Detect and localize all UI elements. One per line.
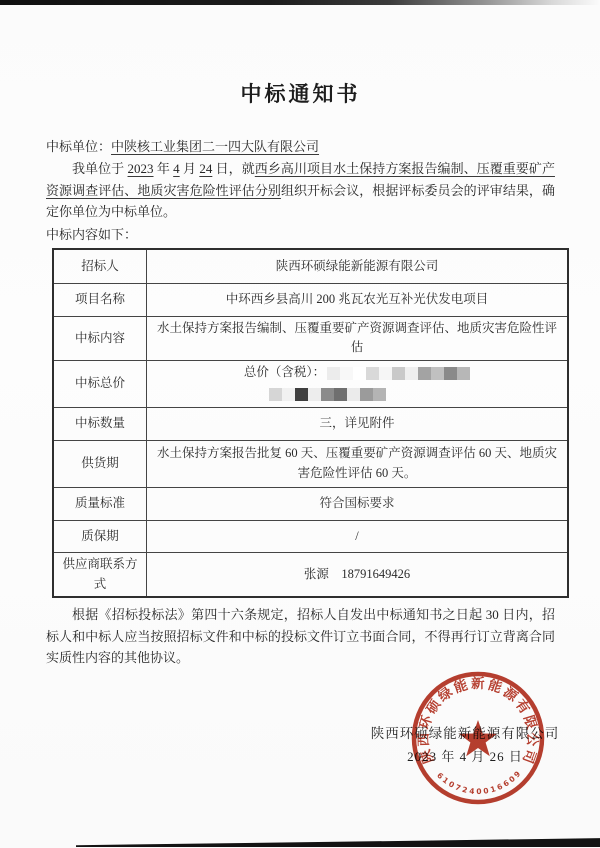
table-row: 中标内容 水土保持方案报告编制、压覆重要矿产资源调查评估、地质灾害危险性评估	[53, 317, 568, 361]
row-value-price: 总价（含税）：	[147, 360, 569, 407]
table-row: 中标数量 三，详见附件	[53, 407, 568, 440]
row-label: 供货期	[53, 440, 147, 487]
price-redaction-line1	[327, 367, 470, 380]
opening-paragraph: 我单位于 2023 年 4 月 24 日，就西乡高川项目水土保持方案报告编制、压…	[46, 158, 555, 223]
row-label: 中标内容	[53, 317, 147, 361]
bid-details-table: 招标人 陕西环硕绿能新能源有限公司 项目名称 中环西乡县高川 200 兆瓦农光互…	[52, 248, 569, 599]
table-row: 中标总价 总价（含税）：	[53, 360, 568, 407]
paragraph-text: 年	[154, 161, 174, 176]
winner-label: 中标单位：	[46, 139, 111, 154]
seal-star-icon	[459, 720, 497, 756]
row-value: 三，详见附件	[147, 407, 569, 440]
row-label: 项目名称	[53, 284, 147, 317]
price-prefix: 总价（含税）：	[244, 363, 325, 382]
row-label: 中标数量	[53, 407, 147, 440]
row-value: 中环西乡县高川 200 兆瓦农光互补光伏发电项目	[147, 284, 569, 317]
paragraph-text: 我单位于	[72, 161, 128, 176]
table-row: 质量标准 符合国标要求	[53, 487, 568, 520]
row-value: 张源 18791649426	[147, 552, 569, 597]
row-label: 招标人	[53, 249, 147, 284]
paragraph-text: 月	[180, 161, 200, 176]
document-content: 中标通知书 中标单位：中陕核工业集团二一四大队有限公司 我单位于 2023 年 …	[46, 0, 555, 669]
row-value: 符合国标要求	[147, 487, 569, 520]
table-row: 质保期 /	[53, 520, 568, 552]
row-value: 水土保持方案报告编制、压覆重要矿产资源调查评估、地质灾害危险性评估	[147, 317, 569, 361]
row-label: 供应商联系方式	[53, 552, 147, 597]
document-title: 中标通知书	[46, 78, 555, 108]
closing-paragraph: 根据《招标投标法》第四十六条规定，招标人自发出中标通知书之日起 30 日内，招标…	[46, 604, 555, 669]
scan-artifact-bottom	[76, 838, 600, 847]
scanned-document-page: 中标通知书 中标单位：中陕核工业集团二一四大队有限公司 我单位于 2023 年 …	[0, 0, 600, 848]
row-label: 质保期	[53, 520, 147, 552]
row-value: 陕西环硕绿能新能源有限公司	[147, 249, 569, 284]
table-row: 供货期 水土保持方案报告批复 60 天、压覆重要矿产资源调查评估 60 天、地质…	[53, 440, 568, 487]
row-label: 质量标准	[53, 487, 147, 520]
price-redaction-line2-wrap	[153, 385, 501, 404]
paragraph-text: 日，就	[212, 161, 254, 176]
company-seal: 陕西环硕绿能新能源有限公司 6107240016609	[408, 668, 548, 808]
price-redaction-line2	[269, 388, 386, 401]
winner-name: 中陕核工业集团二一四大队有限公司	[111, 139, 319, 154]
row-value: /	[147, 520, 569, 552]
bid-day: 24	[199, 161, 212, 176]
seal-graphic: 陕西环硕绿能新能源有限公司 6107240016609	[408, 668, 548, 808]
table-row: 招标人 陕西环硕绿能新能源有限公司	[53, 249, 568, 284]
price-line: 总价（含税）：	[153, 363, 561, 382]
winner-line: 中标单位：中陕核工业集团二一四大队有限公司	[46, 136, 555, 157]
row-label: 中标总价	[53, 360, 147, 407]
table-intro: 中标内容如下：	[46, 224, 555, 245]
row-value: 水土保持方案报告批复 60 天、压覆重要矿产资源调查评估 60 天、地质灾害危险…	[147, 440, 569, 487]
bid-year: 2023	[128, 161, 154, 176]
table-row: 项目名称 中环西乡县高川 200 兆瓦农光互补光伏发电项目	[53, 284, 568, 317]
table-row: 供应商联系方式 张源 18791649426	[53, 552, 568, 597]
